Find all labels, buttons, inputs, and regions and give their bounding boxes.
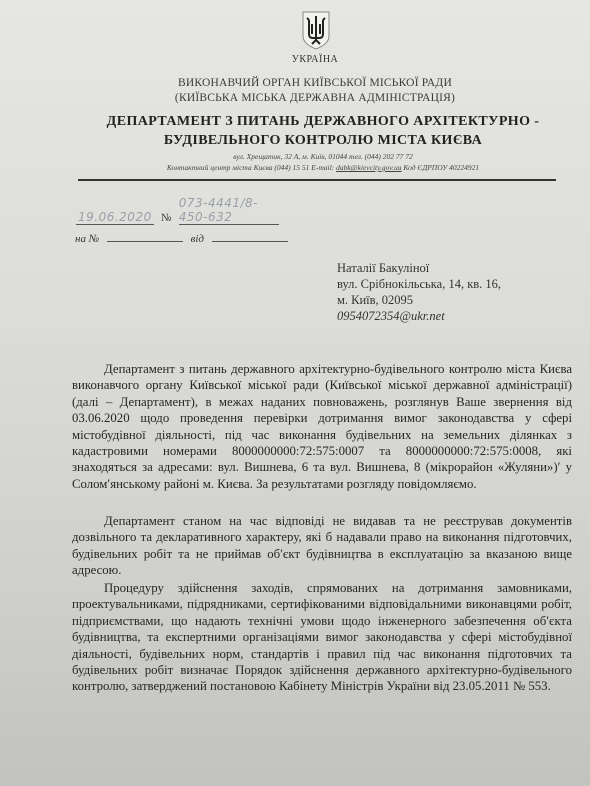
recipient-name: Наталії Бакуліної [337, 260, 501, 276]
reference-row: на № від [75, 232, 293, 245]
department-title-line-1: ДЕПАРТАМЕНТ З ПИТАНЬ ДЕРЖАВНОГО АРХІТЕКТ… [8, 114, 590, 130]
org-line-1: ВИКОНАВЧИЙ ОРГАН КИЇВСЬКОЇ МІСЬКОЇ РАДИ [0, 77, 590, 89]
trident-coat-of-arms-icon [301, 10, 331, 50]
contact-prefix: Контактний центр міста Києва (044) 15 51… [167, 163, 334, 172]
recipient-city: м. Київ, 02095 [337, 292, 501, 308]
letter-page: УКРАЇНА ВИКОНАВЧИЙ ОРГАН КИЇВСЬКОЇ МІСЬК… [0, 0, 590, 786]
registration-row: 19.06.2020 № 073-4441/8-450-632 [76, 196, 279, 225]
country-name: УКРАЇНА [0, 54, 590, 65]
letterhead-divider [78, 179, 556, 181]
recipient-street: вул. Срібнокільська, 14, кв. 16, [337, 276, 501, 292]
department-address: вул. Хрещатик, 32 А, м. Київ, 01044 тел.… [8, 152, 590, 161]
department-title-line-2: БУДІВЕЛЬНОГО КОНТРОЛЮ МІСТА КИЄВА [8, 133, 590, 149]
recipient-block: Наталії Бакуліної вул. Срібнокільська, 1… [337, 260, 501, 324]
paragraph-text: Департамент станом на час відповіді не в… [72, 513, 572, 579]
body-paragraph-3: Процедуру здійснення заходів, спрямовани… [72, 580, 572, 695]
department-email: dabk@kievcity.gov.ua [336, 163, 401, 172]
paragraph-text: Департамент з питань державного архітект… [72, 361, 572, 492]
body-paragraph-2: Департамент станом на час відповіді не в… [72, 513, 572, 579]
registration-number-label: № [161, 212, 172, 224]
paragraph-text: Процедуру здійснення заходів, спрямовани… [72, 580, 572, 695]
registration-number: 073-4441/8-450-632 [179, 196, 279, 225]
registration-date: 19.06.2020 [76, 210, 154, 225]
reference-date-label: від [191, 233, 204, 245]
org-line-2: (КИЇВСЬКА МІСЬКА ДЕРЖАВНА АДМІНІСТРАЦІЯ) [0, 92, 590, 104]
body-paragraph-1: Департамент з питань державного архітект… [72, 361, 572, 492]
reference-number-blank [107, 232, 183, 242]
department-contact: Контактний центр міста Києва (044) 15 51… [8, 163, 590, 172]
edrpou-code: Код ЄДРПОУ 40224921 [403, 163, 479, 172]
reference-date-blank [212, 232, 288, 242]
reference-number-label: на № [75, 233, 99, 245]
recipient-email: 0954072354@ukr.net [337, 308, 501, 324]
